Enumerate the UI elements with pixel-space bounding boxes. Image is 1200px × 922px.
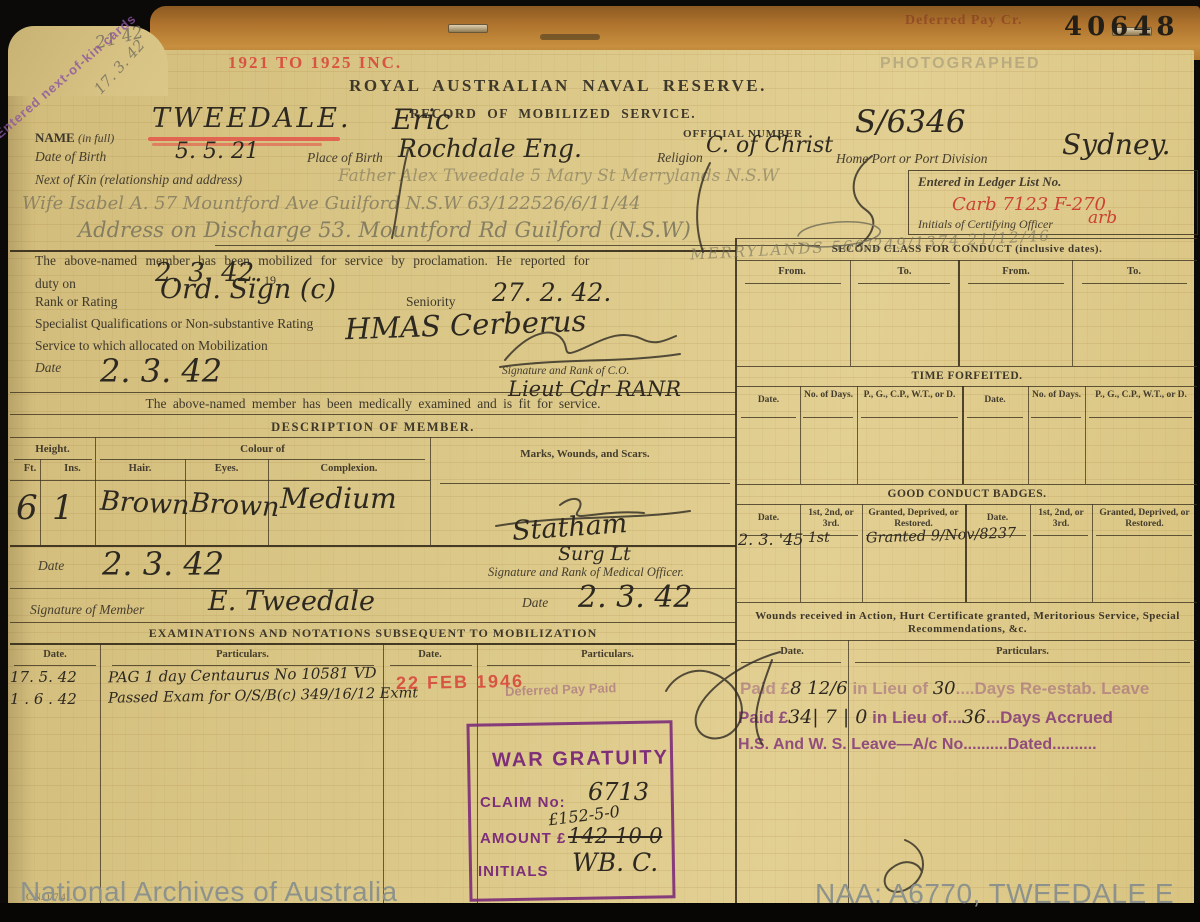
- rank-value: Ord. Sign (c): [160, 274, 336, 305]
- form-title: ROYAL AUSTRALIAN NAVAL RESERVE.: [328, 76, 788, 96]
- wounds-particulars-header: Particulars.: [850, 646, 1195, 658]
- height-ft-value: 6: [16, 488, 38, 528]
- rank-label: Rank or Rating: [35, 294, 118, 310]
- rule-line: [855, 662, 1190, 663]
- home-port-value: Sydney.: [1062, 128, 1171, 161]
- sc-from-header: From.: [737, 266, 847, 278]
- pob-label: Place of Birth: [307, 150, 383, 166]
- rule-line: [14, 665, 96, 666]
- wounds-title-line2: Recommendations, &c.: [740, 623, 1195, 635]
- mobilization-paragraph: The above-named member has been mobilize…: [35, 253, 735, 269]
- spec-qual-label: Specialist Qualifications or Non-substan…: [35, 316, 313, 332]
- examinations-title: EXAMINATIONS AND NOTATIONS SUBSEQUENT TO…: [10, 626, 736, 641]
- eyes-header: Eyes.: [185, 463, 268, 475]
- rule-line: [14, 459, 92, 460]
- rule-line: [1082, 283, 1187, 284]
- rule-line: [10, 414, 736, 415]
- table-line: [850, 260, 851, 366]
- hw-days: 30: [933, 678, 956, 699]
- rule-line: [100, 459, 425, 460]
- medically-examined-line: The above-named member has been medicall…: [10, 396, 736, 412]
- time-forfeited-title: TIME FORFEITED.: [737, 370, 1197, 382]
- gc-h3: Date.: [965, 513, 1030, 524]
- stamp-text: Paid £: [740, 679, 790, 698]
- table-line: [965, 504, 967, 602]
- gc-h2: Granted, Deprived, or Restored.: [862, 508, 965, 530]
- table-line: [100, 643, 101, 903]
- complexion-value: Medium: [280, 482, 397, 515]
- rule-line: [737, 386, 1197, 387]
- rule-line: [10, 392, 736, 393]
- rule-line: [737, 640, 1197, 641]
- discharge-address-line: Address on Discharge 53. Mountford Rd Gu…: [78, 218, 691, 242]
- table-line: [1085, 386, 1086, 484]
- rule-line: [737, 484, 1197, 485]
- exam-particulars2-header: Particulars.: [480, 649, 735, 661]
- hw-amount: 8 12/6: [790, 678, 848, 699]
- exam-row-date: 17. 5. 42: [10, 668, 77, 686]
- rule-line: [741, 417, 796, 418]
- stamp-text: in Lieu of...: [872, 708, 962, 727]
- pob-value: Rochdale Eng.: [398, 134, 582, 163]
- name-label-suffix: (in full): [78, 131, 114, 145]
- exam-date-header: Date.: [10, 649, 100, 661]
- dob-label: Date of Birth: [35, 149, 106, 165]
- tf-h1: No. of Days.: [800, 390, 857, 401]
- name-label: NAME (in full): [35, 130, 114, 146]
- rule-line: [10, 250, 736, 252]
- rule-line: [1089, 417, 1192, 418]
- wounds-title-line1: Wounds received in Action, Hurt Certific…: [740, 610, 1195, 622]
- table-line: [962, 386, 964, 484]
- rule-line: [10, 480, 430, 481]
- date-label: Date: [35, 360, 61, 376]
- stamp-text: ....Days Re-estab. Leave: [956, 679, 1150, 698]
- table-line: [40, 459, 41, 545]
- colour-of-header: Colour of: [95, 443, 430, 456]
- table-line: [1028, 386, 1029, 484]
- rule-line: [741, 662, 841, 663]
- gc-h0: Date.: [737, 513, 800, 524]
- nok-line2: Wife Isabel A. 57 Mountford Ave Guilford…: [22, 193, 641, 214]
- member-signature-label: Signature of Member: [30, 602, 144, 618]
- tf-h0: Date.: [737, 395, 800, 406]
- exam-particulars-header: Particulars.: [105, 649, 380, 661]
- rule-line: [1031, 417, 1081, 418]
- naa-watermark-left: National Archives of Australia: [20, 876, 398, 908]
- rule-line: [1033, 535, 1088, 536]
- claim-no-label: CLAIM No:: [480, 794, 566, 811]
- years-range-stamp: 1921 TO 1925 INC.: [228, 53, 402, 73]
- first-name-value: Eric: [392, 103, 450, 136]
- home-port-label: Home Port or Port Division: [836, 151, 988, 167]
- medical-officer-rank: Surg Lt: [558, 543, 631, 565]
- serial-number: 40648: [1064, 12, 1179, 42]
- photographed-stamp: PHOTOGRAPHED: [880, 55, 1041, 73]
- hw-days: 36: [962, 706, 986, 728]
- stamp-text: Paid £: [738, 708, 788, 727]
- table-line: [1092, 504, 1093, 602]
- seniority-value: 27. 2. 42.: [492, 278, 611, 307]
- rule-line: [967, 417, 1023, 418]
- ledger-red-initials: arb: [1088, 208, 1117, 228]
- official-number-value: S/6346: [855, 104, 966, 140]
- religion-value: C. of Christ: [706, 133, 833, 158]
- duty-on-label: duty on: [35, 276, 76, 292]
- table-line: [95, 437, 96, 545]
- table-line: [862, 504, 863, 602]
- mobilization-date: 2. 3. 42: [100, 352, 222, 390]
- rule-line: [861, 417, 958, 418]
- member-signature: E. Tweedale: [208, 586, 375, 617]
- column-divider: [735, 238, 737, 903]
- rule-line: [858, 283, 950, 284]
- table-line: [857, 386, 858, 484]
- rule-line: [968, 283, 1064, 284]
- gc-h1: 1st, 2nd, or 3rd.: [800, 508, 862, 530]
- rule-line: [10, 643, 736, 645]
- rule-line: [10, 622, 736, 623]
- ledger-box-title: Entered in Ledger List No.: [918, 174, 1061, 190]
- tf-h3: Date.: [962, 395, 1028, 406]
- table-line: [800, 504, 801, 602]
- sc-to2-header: To.: [1075, 266, 1193, 278]
- rule-line: [1096, 535, 1192, 536]
- height-ins-value: 1: [52, 488, 74, 528]
- tf-h2: P., G., C.P., W.T., or D.: [857, 390, 962, 401]
- naa-watermark-right: NAA: A6770, TWEEDALE E: [815, 878, 1174, 910]
- amount-crossed-value: 142-10-0: [568, 824, 662, 848]
- exam-row-date: 1 . 6 . 42: [10, 690, 77, 708]
- rule-line: [737, 366, 1197, 367]
- rule-line: [487, 665, 730, 666]
- surname-value: TWEEDALE.: [152, 103, 352, 134]
- deferred-pay-cr-stamp: Deferred Pay Cr.: [905, 13, 1022, 29]
- scuff-mark: [540, 34, 600, 40]
- table-line: [800, 386, 801, 484]
- medical-date-value: 2. 3. 42: [102, 545, 224, 583]
- table-line: [430, 437, 431, 545]
- nok-line1: Father Alex Tweedale 5 Mary St Merryland…: [338, 166, 779, 186]
- sc-from2-header: From.: [962, 266, 1070, 278]
- scanned-record-card: 21 42 17. 3. 42 Entered next-of-kin card…: [0, 0, 1200, 922]
- rule-line: [745, 283, 841, 284]
- gc-h5: Granted, Deprived, or Restored.: [1092, 508, 1197, 530]
- rule-line: [803, 417, 853, 418]
- initials-value: WB. C.: [572, 848, 658, 877]
- dob-value: 5. 5. 21: [175, 139, 259, 164]
- complexion-header: Complexion.: [268, 463, 430, 475]
- tf-h5: P., G., C.P., W.T., or D.: [1085, 390, 1197, 401]
- rule-line: [737, 602, 1197, 603]
- gc-h4: 1st, 2nd, or 3rd.: [1030, 508, 1092, 530]
- member-date-label: Date: [522, 595, 548, 611]
- rule-line: [10, 437, 736, 438]
- rule-line: [737, 260, 1197, 261]
- good-conduct-title: GOOD CONDUCT BADGES.: [737, 488, 1197, 500]
- gc-row-class: 1st: [808, 530, 830, 546]
- war-gratuity-title: WAR GRATUITY: [492, 746, 669, 772]
- stamp-text: in Lieu of: [852, 679, 928, 698]
- initials-label: INITIALS: [478, 863, 549, 880]
- amount-label: AMOUNT £: [480, 830, 566, 847]
- nok-label: Next of Kin (relationship and address): [35, 172, 242, 188]
- hw-amount: 34| 7 | 0: [788, 706, 867, 728]
- stamp-text: ...Days Accrued: [986, 708, 1113, 727]
- ledger-red-entry: Carb 7123 F-270: [952, 194, 1106, 215]
- co-signature-label: Signature and Rank of C.O.: [502, 365, 629, 377]
- hair-value: Brown: [99, 486, 190, 522]
- ins-header: Ins.: [50, 463, 95, 475]
- paid-line2-stamp: Paid £34| 7 | 0 in Lieu of...36...Days A…: [738, 706, 1113, 728]
- table-line: [1030, 504, 1031, 602]
- sc-to-header: To.: [852, 266, 957, 278]
- medical-signature-label: Signature and Rank of Medical Officer.: [488, 565, 684, 580]
- table-line: [1072, 260, 1073, 366]
- gc-row-date: 2. 3. '45: [738, 530, 803, 549]
- marks-header: Marks, Wounds, and Scars.: [440, 448, 730, 461]
- staple-mark: [448, 24, 488, 33]
- eyes-value: Brown: [189, 488, 280, 524]
- rule-line: [440, 483, 730, 484]
- table-line: [383, 643, 384, 903]
- medical-date-label: Date: [38, 558, 64, 574]
- table-line: [958, 260, 960, 366]
- height-header: Height.: [10, 443, 95, 456]
- description-title: DESCRIPTION OF MEMBER.: [10, 420, 736, 435]
- paid-line1-stamp: Paid £8 12/6 in Lieu of 30....Days Re-es…: [740, 678, 1149, 699]
- hair-header: Hair.: [95, 463, 185, 475]
- ft-header: Ft.: [10, 463, 50, 475]
- rule-line: [737, 504, 1197, 505]
- rule-line: [390, 665, 472, 666]
- religion-label: Religion: [657, 150, 703, 166]
- wounds-date-header: Date.: [737, 646, 847, 658]
- exam-date2-header: Date.: [385, 649, 475, 661]
- member-date-value: 2. 3. 42: [578, 580, 693, 615]
- paid-line3-stamp: H.S. And W. S. Leave—A/c No..........Dat…: [738, 736, 1097, 754]
- tf-h4: No. of Days.: [1028, 390, 1085, 401]
